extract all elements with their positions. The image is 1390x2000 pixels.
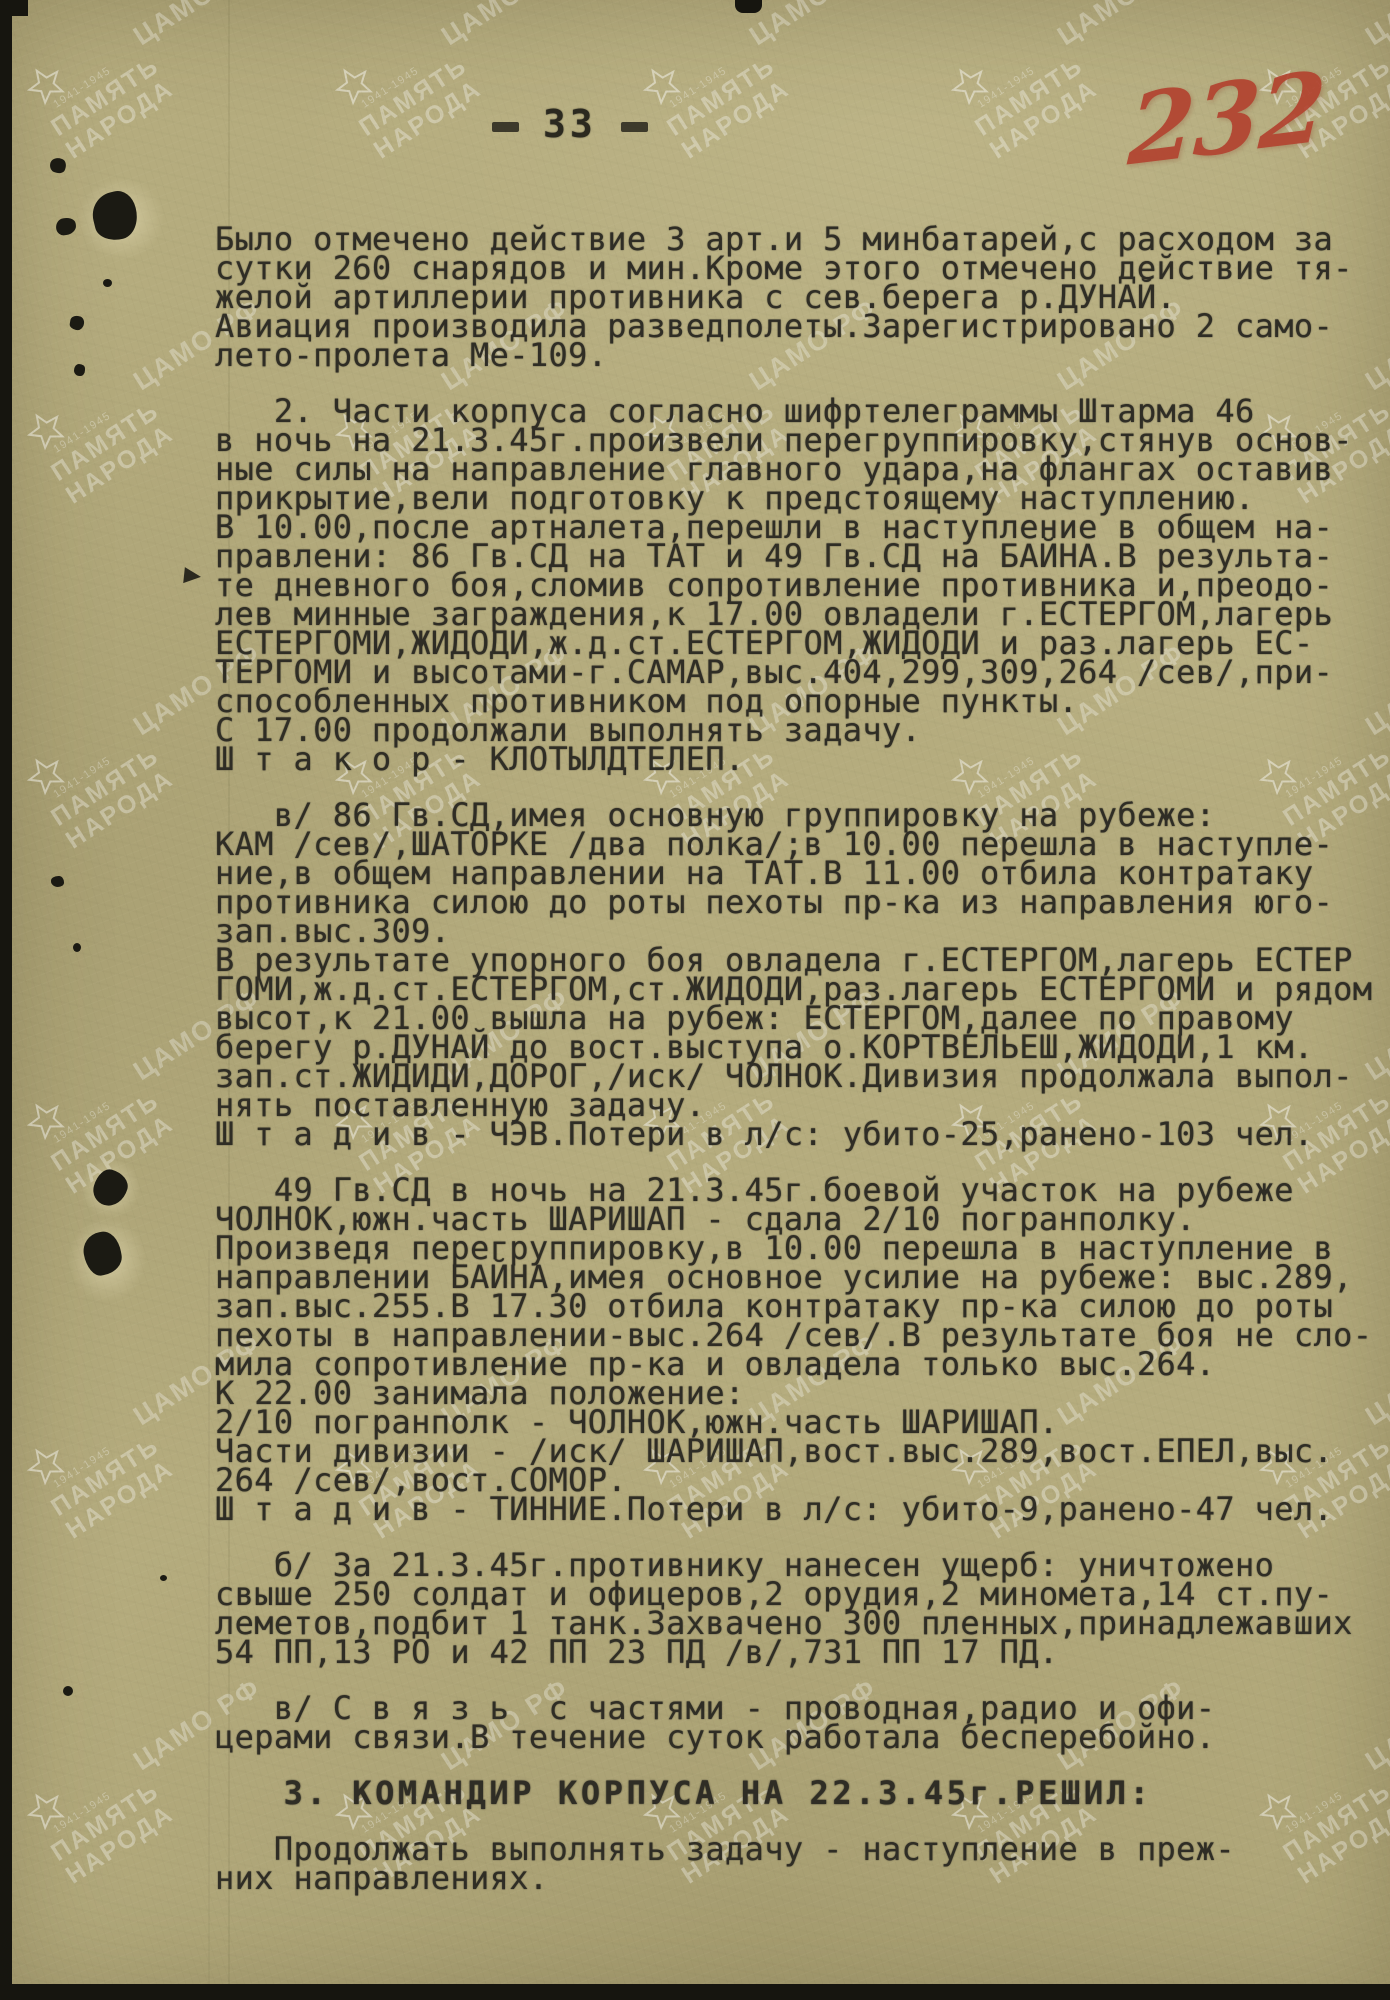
watermark-text-line: НАРОДА [61,1455,179,1545]
watermark-text-line: НАРОДА [61,1800,179,1890]
watermark-years: 1941-1945 [51,1421,149,1490]
paragraph-v-86-guards-division: в/ 86 Гв.СД,имея основную группировку на… [215,801,1390,1149]
watermark-memory-naroda: 1941-1945ПАМЯТЬНАРОДА [20,701,179,854]
victory-star-icon [18,1782,73,1837]
scan-border-bottom [0,1984,1390,2000]
paragraph-continue-mission: Продолжать выполнять задачу - наступлени… [215,1835,1390,1893]
watermark-years: 1941-1945 [359,41,457,110]
victory-star-icon [634,57,689,112]
watermark-memory-naroda: 1941-1945ПАМЯТЬНАРОДА [636,11,795,164]
watermark-years: 1941-1945 [51,1076,149,1145]
watermark-memory-naroda: 1941-1945ПАМЯТЬНАРОДА [328,11,487,164]
watermark-tsamo-rf: ЦАМО РФ [1360,0,1390,52]
watermark-text-line: ПАМЯТЬ [47,1777,165,1867]
page-number-dash [621,122,648,132]
victory-star-icon [18,1437,73,1492]
watermark-text-line: ПАМЯТЬ [971,52,1089,142]
watermark-memory-naroda: 1941-1945ПАМЯТЬНАРОДА [20,1391,179,1544]
ink-blot [69,315,85,331]
watermark-memory-naroda: 1941-1945ПАМЯТЬНАРОДА [20,1736,179,1889]
paragraph-b-enemy-losses: б/ За 21.3.45г.противнику нанесен ущерб:… [215,1551,1390,1667]
watermark-years: 1941-1945 [51,386,149,455]
watermark-text-line: НАРОДА [677,75,795,165]
victory-star-icon [18,402,73,457]
paper-crease [208,1250,210,2000]
handwritten-archive-number: 232 [1126,49,1328,188]
victory-star-icon [326,57,381,112]
watermark-tsamo-rf: ЦАМО РФ [744,0,882,52]
ink-blot [160,1575,167,1581]
ink-blot [73,943,81,952]
victory-star-icon [18,57,73,112]
scanned-document-page: 1941-1945ПАМЯТЬНАРОДАЦАМО РФ1941-1945ПАМ… [0,0,1390,2000]
paragraph-v-communications: в/ С в я з ь с частями - проводная,радио… [215,1694,1390,1752]
page-number-value: 33 [543,102,597,146]
watermark-memory-naroda: 1941-1945ПАМЯТЬНАРОДА [20,356,179,509]
watermark-years: 1941-1945 [975,41,1073,110]
ink-blot [63,1686,73,1696]
ink-blot [48,156,68,176]
watermark-memory-naroda: 1941-1945ПАМЯТЬНАРОДА [20,11,179,164]
ink-blot [103,279,112,287]
watermark-memory-naroda: 1941-1945ПАМЯТЬНАРОДА [944,11,1103,164]
scan-edge-mark [735,0,762,13]
ink-blot [55,217,77,237]
ink-blot [51,876,64,887]
paragraph-2-corps-regrouping: 2. Части корпуса согласно шифртелеграммы… [215,397,1390,774]
watermark-tsamo-rf: ЦАМО РФ [128,0,266,52]
victory-star-icon [18,747,73,802]
ink-blot [74,364,85,376]
watermark-years: 1941-1945 [667,41,765,110]
victory-star-icon [942,57,997,112]
watermark-text-line: НАРОДА [985,75,1103,165]
page-number: 33 [492,108,648,146]
margin-arrow-mark [183,567,202,585]
page-number-dash [492,122,519,132]
watermark-text-line: НАРОДА [369,75,487,165]
paragraph-49-guards-division: 49 Гв.СД в ночь на 21.3.45г.боевой участ… [215,1176,1390,1524]
watermark-text-line: НАРОДА [61,765,179,855]
watermark-text-line: ПАМЯТЬ [663,52,781,142]
watermark-years: 1941-1945 [51,1766,149,1835]
watermark-years: 1941-1945 [51,731,149,800]
watermark-text-line: НАРОДА [61,75,179,165]
watermark-text-line: ПАМЯТЬ [355,52,473,142]
paragraph-artillery-activity: Было отмечено действие 3 арт.и 5 минбата… [215,225,1390,370]
scan-border-left [0,0,12,2000]
document-text: Было отмечено действие 3 арт.и 5 минбата… [215,225,1390,1920]
victory-star-icon [18,1092,73,1147]
watermark-tsamo-rf: ЦАМО РФ [1052,0,1190,52]
watermark-text-line: ПАМЯТЬ [47,742,165,832]
scan-border-corner [0,0,28,16]
watermark-years: 1941-1945 [51,41,149,110]
watermark-text-line: ПАМЯТЬ [47,1432,165,1522]
heading-3-corps-commander-decision: 3. КОМАНДИР КОРПУСА НА 22.3.45г.РЕШИЛ: [215,1779,1390,1808]
watermark-text-line: НАРОДА [61,420,179,510]
watermark-text-line: ПАМЯТЬ [47,52,165,142]
watermark-tsamo-rf: ЦАМО РФ [436,0,574,52]
watermark-text-line: ПАМЯТЬ [47,397,165,487]
